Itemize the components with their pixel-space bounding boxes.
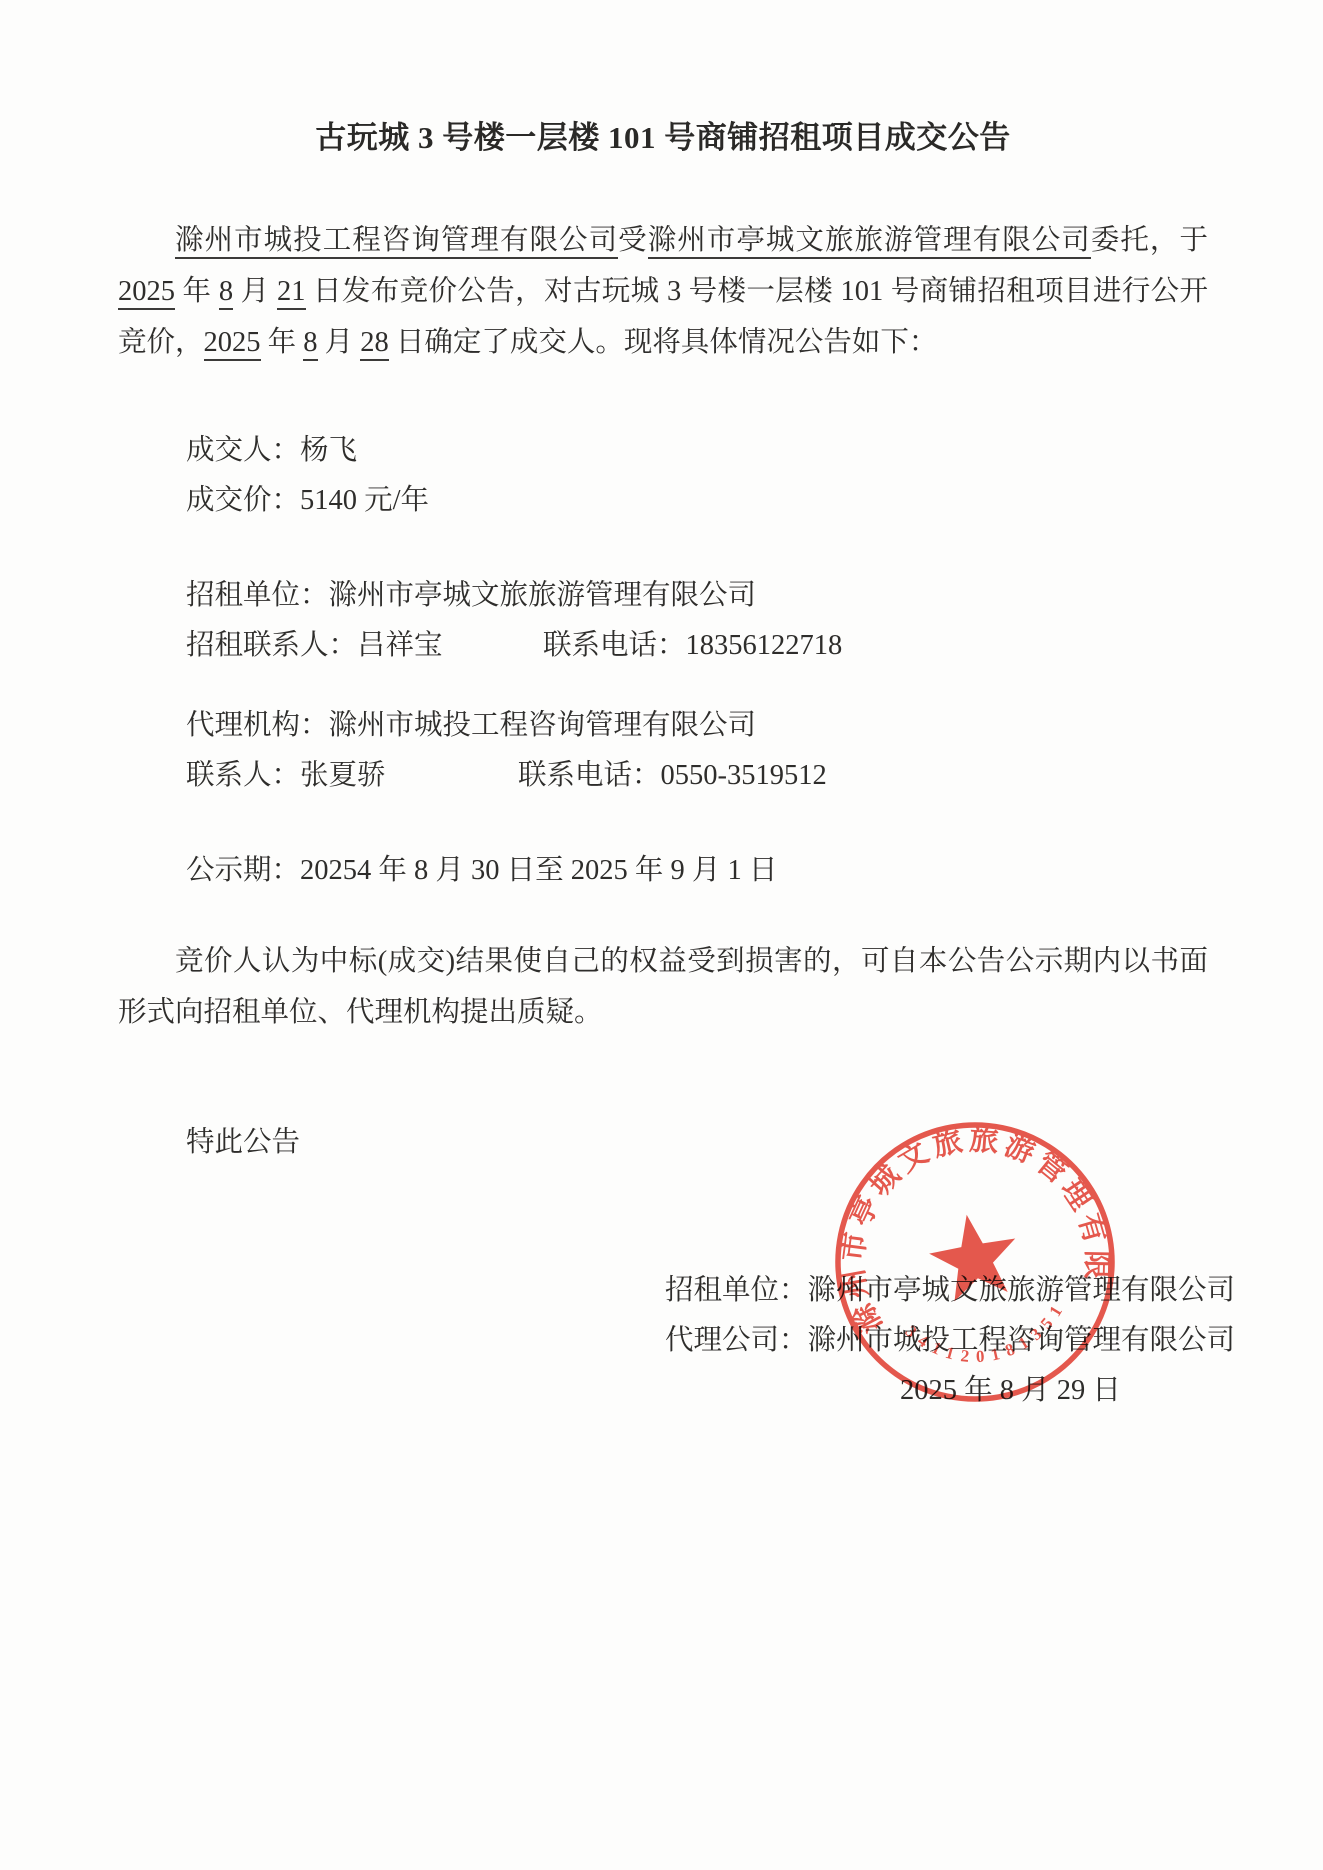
signature-landlord-line: 招租单位：滁州市亭城文旅旅游管理有限公司: [665, 1266, 1208, 1316]
agency-contact-label: 联系人：: [186, 760, 300, 791]
intro-text-8: 日确定了成交人。现将具体情况公告如下：: [389, 327, 938, 358]
signature-agency-label: 代理公司：: [665, 1325, 808, 1356]
signature-agency-value: 滁州市城投工程咨询管理有限公司: [808, 1325, 1236, 1356]
document-title: 古玩城 3 号楼一层楼 101 号商铺招租项目成交公告: [118, 112, 1208, 157]
landlord-phone: 联系电话：18356122718: [543, 621, 842, 671]
landlord-contact-label: 招租联系人：: [186, 630, 357, 661]
price-value: 5140 元/年: [300, 485, 429, 516]
notice-day: 21: [277, 276, 306, 310]
closing-statement: 特此公告: [186, 1118, 1208, 1168]
client-company-name: 滁州市亭城文旅旅游管理有限公司: [648, 225, 1091, 259]
objection-paragraph: 竞价人认为中标(成交)结果使自己的权益受到损害的，可自本公告公示期内以书面形式向…: [118, 936, 1208, 1038]
agency-phone-value: 0550-3519512: [661, 760, 827, 791]
intro-text-7: 月: [318, 327, 361, 358]
price-label: 成交价：: [186, 485, 300, 516]
intro-text-4: 月: [233, 276, 277, 307]
winner-line: 成交人：杨飞: [186, 426, 1208, 476]
agency-contact-value: 张夏骄: [300, 760, 386, 791]
signature-agency-line: 代理公司：滁州市城投工程咨询管理有限公司: [665, 1316, 1208, 1366]
publicity-period-line: 公示期：20254 年 8 月 30 日至 2025 年 9 月 1 日: [186, 846, 1208, 896]
intro-text-2: 委托，于: [1091, 225, 1208, 256]
agency-contact-line: 联系人：张夏骄 联系电话：0550-3519512: [186, 751, 1208, 801]
agency-unit-value: 滁州市城投工程咨询管理有限公司: [329, 710, 757, 741]
agency-unit-line: 代理机构：滁州市城投工程咨询管理有限公司: [186, 701, 1208, 751]
winner-value: 杨飞: [300, 435, 357, 466]
price-line: 成交价：5140 元/年: [186, 476, 1208, 526]
landlord-unit-line: 招租单位：滁州市亭城文旅旅游管理有限公司: [186, 571, 1208, 621]
notice-month: 8: [219, 276, 233, 310]
publicity-value: 20254 年 8 月 30 日至 2025 年 9 月 1 日: [300, 855, 777, 886]
landlord-section: 招租单位：滁州市亭城文旅旅游管理有限公司 招租联系人：吕祥宝 联系电话：1835…: [186, 571, 1208, 671]
signature-block: 招租单位：滁州市亭城文旅旅游管理有限公司 代理公司：滁州市城投工程咨询管理有限公…: [118, 1266, 1208, 1416]
deal-section: 成交人：杨飞 成交价：5140 元/年: [186, 426, 1208, 526]
winner-label: 成交人：: [186, 435, 300, 466]
landlord-unit-label: 招租单位：: [186, 580, 329, 611]
deal-year: 2025: [204, 327, 261, 361]
landlord-unit-value: 滁州市亭城文旅旅游管理有限公司: [329, 580, 757, 611]
document-content: 古玩城 3 号楼一层楼 101 号商铺招租项目成交公告 滁州市城投工程咨询管理有…: [118, 0, 1208, 1416]
agency-phone: 联系电话：0550-3519512: [518, 751, 827, 801]
intro-text-6: 年: [261, 327, 304, 358]
signature-landlord-label: 招租单位：: [665, 1275, 808, 1306]
landlord-contact-value: 吕祥宝: [357, 630, 443, 661]
agency-unit-label: 代理机构：: [186, 710, 329, 741]
intro-paragraph: 滁州市城投工程咨询管理有限公司受滁州市亭城文旅旅游管理有限公司委托，于 2025…: [118, 215, 1208, 368]
deal-month: 8: [303, 327, 317, 361]
agency-contact: 联系人：张夏骄: [186, 751, 518, 801]
agency-phone-label: 联系电话：: [518, 760, 661, 791]
agency-company-name: 滁州市城投工程咨询管理有限公司: [175, 225, 618, 259]
landlord-phone-value: 18356122718: [686, 630, 843, 661]
announcement-page: 古玩城 3 号楼一层楼 101 号商铺招租项目成交公告 滁州市城投工程咨询管理有…: [0, 0, 1323, 1870]
publicity-label: 公示期：: [186, 855, 300, 886]
landlord-contact-line: 招租联系人：吕祥宝 联系电话：18356122718: [186, 621, 1208, 671]
intro-text-1: 受: [618, 225, 648, 256]
intro-text-3: 年: [175, 276, 219, 307]
signature-date: 2025 年 8 月 29 日: [900, 1366, 1208, 1416]
landlord-phone-label: 联系电话：: [543, 630, 686, 661]
landlord-contact: 招租联系人：吕祥宝: [186, 621, 543, 671]
signature-landlord-value: 滁州市亭城文旅旅游管理有限公司: [808, 1275, 1236, 1306]
notice-year: 2025: [118, 276, 175, 310]
agency-section: 代理机构：滁州市城投工程咨询管理有限公司 联系人：张夏骄 联系电话：0550-3…: [186, 701, 1208, 801]
deal-day: 28: [360, 327, 389, 361]
